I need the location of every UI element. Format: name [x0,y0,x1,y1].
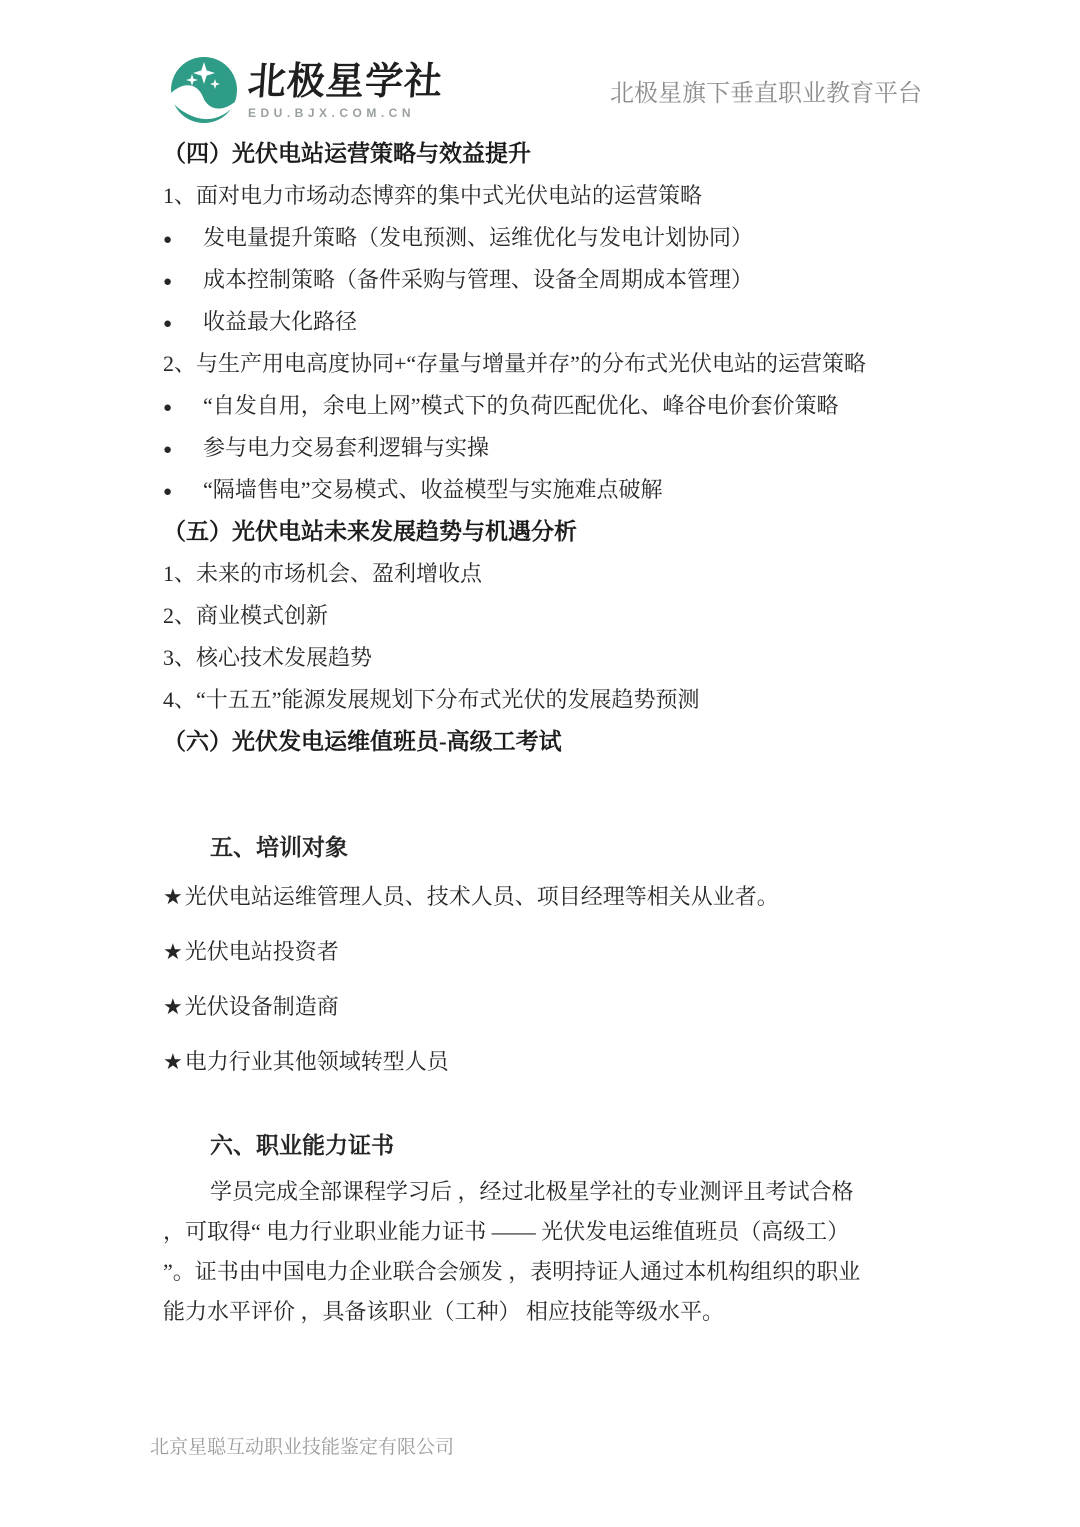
bullet-marker-icon: ● [163,471,203,513]
star-marker-icon: ★ [163,884,183,909]
section-heading: （五）光伏电站未来发展趋势与机遇分析 [163,511,930,553]
star-line: ★光伏电站投资者 [163,924,930,979]
bullet-line: ●参与电力交易套利逻辑与实操 [163,427,930,469]
bullet-line: ●收益最大化路径 [163,301,930,343]
header-tagline: 北极星旗下垂直职业教育平台 [610,73,922,108]
text-line: 4、“十五五”能源发展规划下分布式光伏的发展趋势预测 [163,679,930,721]
text-line: 能力水平评价 ，具备该职业（工种） 相应技能等级水平。 [163,1292,930,1332]
line-text: 电力行业其他领域转型人员 [185,1049,449,1074]
bullet-marker-icon: ● [163,387,203,429]
logo-text-block: 北极星学社 EDU.BJX.COM.CN [248,61,443,120]
star-marker-icon: ★ [163,994,183,1019]
text-line: 1、面对电力市场动态博弈的集中式光伏电站的运营策略 [163,175,930,217]
document-page: 北极星学社 EDU.BJX.COM.CN 北极星旗下垂直职业教育平台 （四）光伏… [0,0,1080,1527]
bullet-marker-icon: ● [163,429,203,471]
star-line: ★光伏设备制造商 [163,979,930,1034]
section-heading: （四）光伏电站运营策略与效益提升 [163,133,930,175]
line-text: “自发自用，余电上网”模式下的负荷匹配优化、峰谷电价套价策略 [203,393,839,418]
line-text: 发电量提升策略（发电预测、运维优化与发电计划协同） [203,225,753,250]
footer-company-name: 北京星聪互动职业技能鉴定有限公司 [150,1432,454,1459]
bullet-marker-icon: ● [163,219,203,261]
star-line: ★电力行业其他领域转型人员 [163,1034,930,1089]
star-marker-icon: ★ [163,1049,183,1074]
document-body: （四）光伏电站运营策略与效益提升1、面对电力市场动态博弈的集中式光伏电站的运营策… [163,133,930,1332]
bullet-marker-icon: ● [163,303,203,345]
bullet-line: ●“隔墙售电”交易模式、收益模型与实施难点破解 [163,469,930,511]
bullet-line: ●成本控制策略（备件采购与管理、设备全周期成本管理） [163,259,930,301]
text-line: ，可取得“ 电力行业职业能力证书 —— 光伏发电运维值班员（高级工） [163,1212,930,1252]
line-text: “隔墙售电”交易模式、收益模型与实施难点破解 [203,477,663,502]
text-line: 学员完成全部课程学习后 ，经过北极星学社的专业测评且考试合格 [163,1172,930,1212]
line-text: 参与电力交易套利逻辑与实操 [203,435,489,460]
bullet-marker-icon: ● [163,261,203,303]
text-line: 1、未来的市场机会、盈利增收点 [163,553,930,595]
subsection-title: 五、培训对象 [163,827,930,869]
text-line: ”。证书由中国电力企业联合会颁发 ，表明持证人通过本机构组织的职业 [163,1252,930,1292]
brand-logo: 北极星学社 EDU.BJX.COM.CN [170,56,443,124]
logo-title: 北极星学社 [247,61,445,103]
logo-subtitle: EDU.BJX.COM.CN [248,106,443,120]
line-text: 光伏设备制造商 [185,994,339,1019]
text-line: 3、核心技术发展趋势 [163,637,930,679]
line-text: 成本控制策略（备件采购与管理、设备全周期成本管理） [203,267,753,292]
line-text: 收益最大化路径 [203,309,357,334]
text-line: 2、与生产用电高度协同+“存量与增量并存”的分布式光伏电站的运营策略 [163,343,930,385]
line-text: 光伏电站投资者 [185,939,339,964]
subsection-title: 六、职业能力证书 [163,1125,930,1167]
bullet-line: ●发电量提升策略（发电预测、运维优化与发电计划协同） [163,217,930,259]
polar-star-logo-icon [170,56,238,124]
section-heading: （六）光伏发电运维值班员-高级工考试 [163,721,930,763]
bullet-line: ●“自发自用，余电上网”模式下的负荷匹配优化、峰谷电价套价策略 [163,385,930,427]
line-text: 光伏电站运维管理人员、技术人员、项目经理等相关从业者。 [185,884,779,909]
page-header: 北极星学社 EDU.BJX.COM.CN 北极星旗下垂直职业教育平台 [170,48,922,132]
star-line: ★光伏电站运维管理人员、技术人员、项目经理等相关从业者。 [163,869,930,924]
text-line: 2、商业模式创新 [163,595,930,637]
star-marker-icon: ★ [163,939,183,964]
